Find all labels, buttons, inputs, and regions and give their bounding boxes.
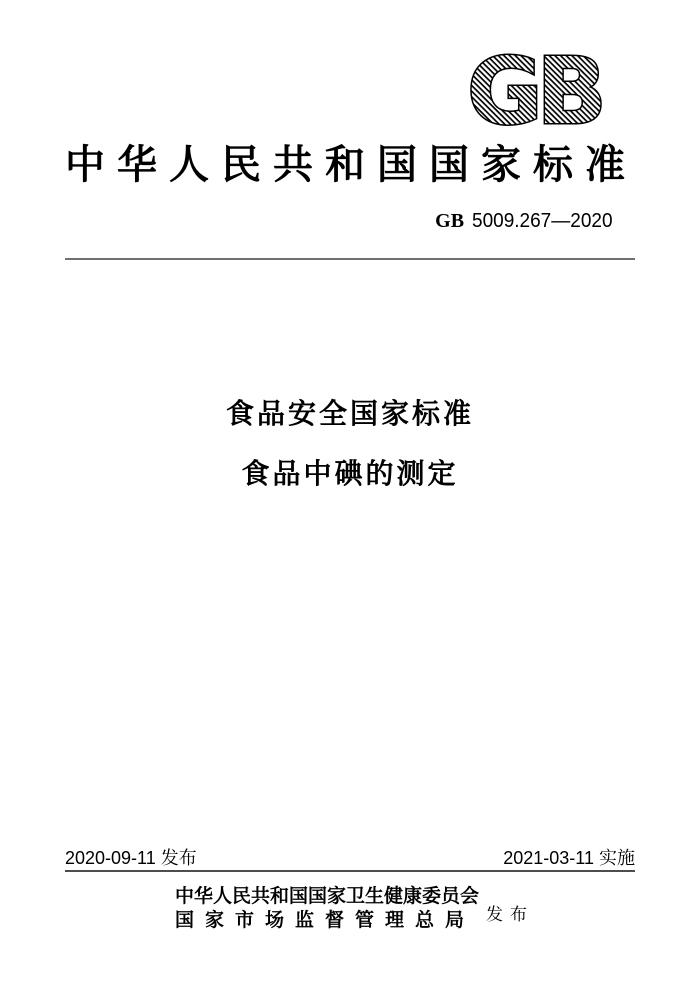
footer-divider: [65, 870, 635, 872]
header-divider: [65, 258, 635, 260]
standard-number-prefix: GB: [435, 210, 464, 232]
release-label: 发布: [486, 900, 534, 925]
gb-logo: GB: [460, 50, 604, 128]
publisher-block: 中华人民共和国国家卫生健康委员会 国家市场监督管理总局: [175, 885, 477, 933]
standard-number: GB 5009.267—2020: [435, 210, 620, 232]
doc-title-line1: 食品安全国家标准: [65, 392, 635, 432]
publisher-line2: 国家市场监督管理总局: [175, 909, 477, 933]
gb-logo-text: GB: [467, 50, 601, 128]
doc-title-line2: 食品中碘的测定: [65, 452, 635, 492]
standard-cover-page: GB 中华人民共和国国家标准 GB 5009.267—2020 食品安全国家标准…: [0, 0, 700, 991]
date-row: 2020-09-11 发布 2021-03-11 实施: [65, 844, 635, 870]
publisher-line1: 中华人民共和国国家卫生健康委员会: [175, 885, 477, 909]
page-title: 中华人民共和国国家标准: [63, 143, 639, 187]
issue-date: 2020-09-11 发布: [65, 844, 197, 870]
standard-number-digits: 5009.267—2020: [472, 210, 613, 232]
implement-date: 2021-03-11 实施: [503, 844, 635, 870]
